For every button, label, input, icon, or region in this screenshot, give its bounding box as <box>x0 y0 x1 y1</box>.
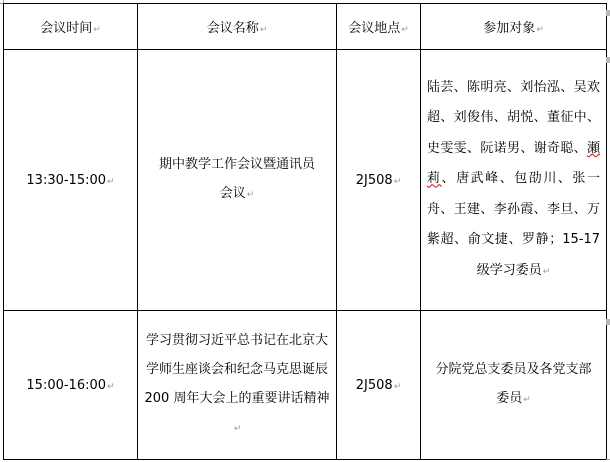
paragraph-mark-icon: ↵ <box>543 267 551 277</box>
header-name[interactable]: 会议名称↵ <box>138 4 337 50</box>
table-header-row: 会议时间↵ 会议名称↵ 会议地点↵ 参加对象↵ <box>4 4 607 50</box>
paragraph-mark-icon: ↵ <box>523 395 531 405</box>
header-time[interactable]: 会议时间↵ <box>4 4 138 50</box>
row-end-marker-icon <box>606 57 610 63</box>
paragraph-mark-icon: ↵ <box>394 382 402 392</box>
table-row: 15:00-16:00↵ 学习贯彻习近平总书记在北京大学师生座谈会和纪念马克思诞… <box>4 311 607 460</box>
paragraph-mark-icon: ↵ <box>107 382 115 392</box>
paragraph-mark-icon: ↵ <box>260 25 268 35</box>
cell-time[interactable]: 13:30-15:00↵ <box>4 50 138 311</box>
cell-time[interactable]: 15:00-16:00↵ <box>4 311 138 460</box>
header-attendees[interactable]: 参加对象↵ <box>421 4 607 50</box>
table-resize-handle[interactable] <box>606 459 610 460</box>
paragraph-mark-icon: ↵ <box>401 25 409 35</box>
paragraph-mark-icon: ↵ <box>93 25 101 35</box>
paragraph-mark-icon: ↵ <box>247 190 255 200</box>
paragraph-mark-icon: ↵ <box>107 177 115 187</box>
cell-attendees[interactable]: 分院党总支委员及各党支部委员↵ <box>421 311 607 460</box>
paragraph-mark-icon: ↵ <box>536 25 544 35</box>
paragraph-mark-icon: ↵ <box>234 424 242 434</box>
cell-attendees[interactable]: 陆芸、陈明亮、刘怡泓、吴欢超、刘俊伟、胡悦、董征中、史雯雯、阮诺男、谢奇聪、瀬莉… <box>421 50 607 311</box>
meeting-schedule-table: 会议时间↵ 会议名称↵ 会议地点↵ 参加对象↵ 13:30-15:00↵ 期中教… <box>3 3 607 460</box>
header-location[interactable]: 会议地点↵ <box>337 4 421 50</box>
cell-name[interactable]: 学习贯彻习近平总书记在北京大学师生座谈会和纪念马克思诞辰 200 周年大会上的重… <box>138 311 337 460</box>
cell-location[interactable]: 2J508↵ <box>337 50 421 311</box>
paragraph-mark-icon: ↵ <box>394 177 402 187</box>
cell-location[interactable]: 2J508↵ <box>337 311 421 460</box>
row-end-marker-icon <box>606 10 610 16</box>
row-end-marker-icon <box>606 319 610 325</box>
cell-name[interactable]: 期中教学工作会议暨通讯员会议↵ <box>138 50 337 311</box>
table-row: 13:30-15:00↵ 期中教学工作会议暨通讯员会议↵ 2J508↵ 陆芸、陈… <box>4 50 607 311</box>
